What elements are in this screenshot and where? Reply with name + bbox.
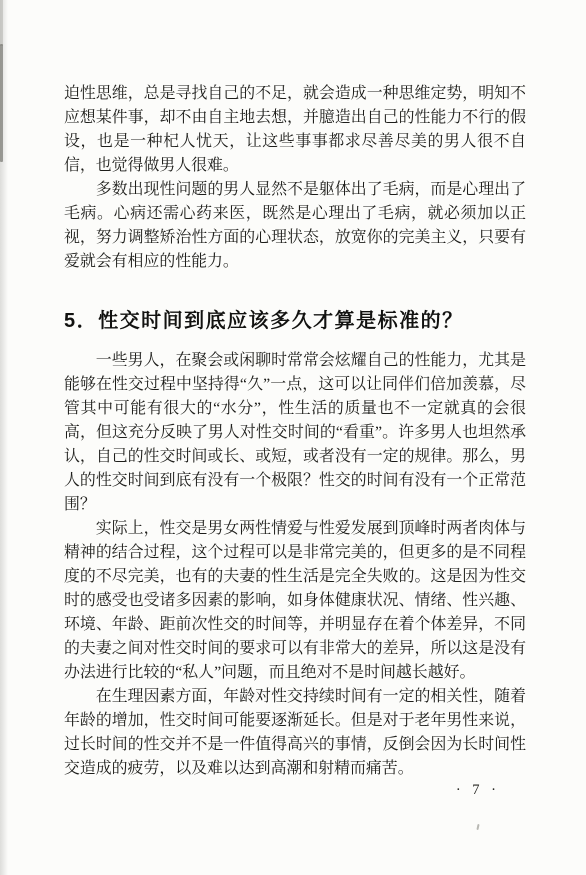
section-heading: 5．性交时间到底应该多久才算是标准的？ [64,306,526,336]
section-paragraph: 一些男人，在聚会或闲聊时常常会炫耀自己的性能力，尤其是能够在性交过程中坚持得“久… [64,349,526,517]
body-paragraph-continuation: 迫性思维，总是寻找自己的不足，就会造成一种思维定势，明知不应想某件事，却不由自主… [64,82,526,178]
page-number: · 7 · [456,782,500,798]
body-paragraph: 多数出现性问题的男人显然不是躯体出了毛病，而是心理出了毛病。心病还需心药来医，既… [64,178,526,274]
scan-artifact [476,824,479,830]
scan-gutter-mark-top [0,0,3,46]
page-body: 迫性思维，总是寻找自己的不足，就会造成一种思维定势，明知不应想某件事，却不由自主… [64,0,526,781]
book-page: 迫性思维，总是寻找自己的不足，就会造成一种思维定势，明知不应想某件事，却不由自主… [0,0,586,875]
section-paragraph: 实际上，性交是男女两性情爱与性爱发展到顶峰时两者肉体与精神的结合过程，这个过程可… [64,517,526,685]
scan-gutter-line [0,44,3,162]
section-paragraph: 在生理因素方面，年龄对性交持续时间有一定的相关性，随着年龄的增加，性交时间可能要… [64,685,526,781]
